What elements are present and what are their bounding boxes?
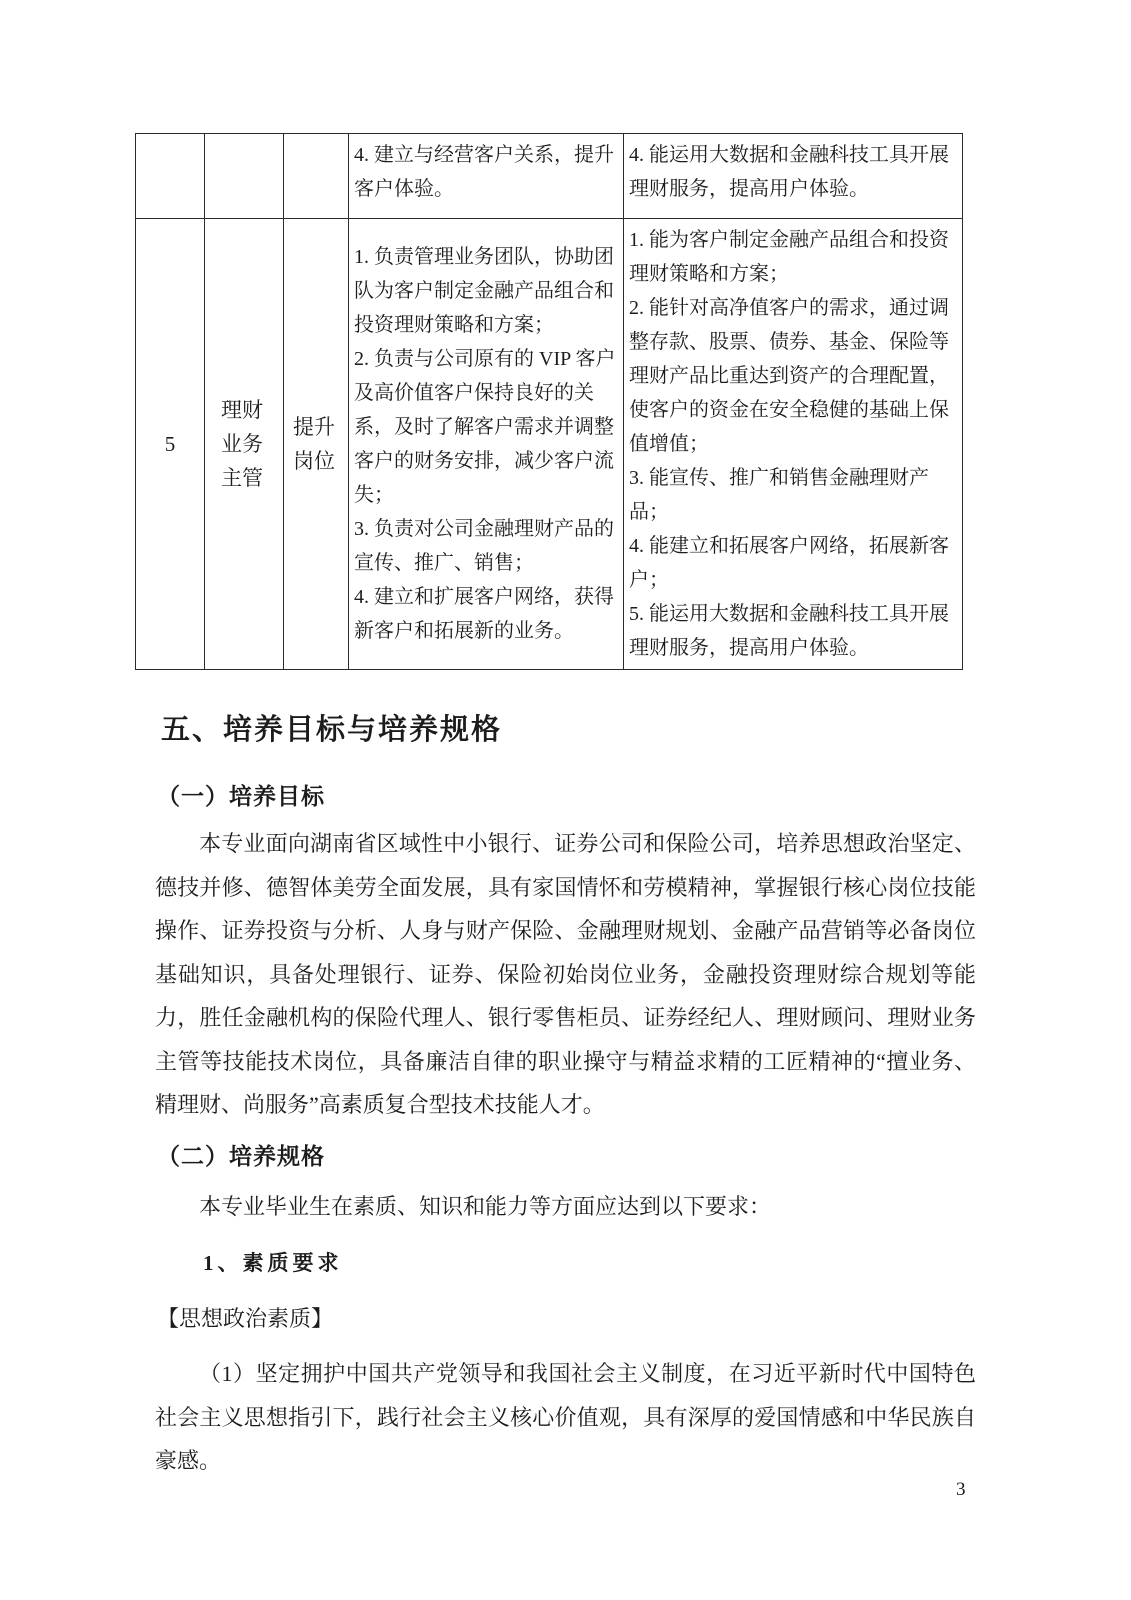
skill-item: 5. 能运用大数据和金融科技工具开展理财服务，提高用户体验。	[629, 597, 957, 665]
position-type-text: 提升岗位	[293, 410, 339, 478]
cell-position-empty	[205, 134, 284, 219]
table-row-continuation: 4. 建立与经营客户关系，提升客户体验。 4. 能运用大数据和金融科技工具开展理…	[136, 134, 963, 219]
cell-type-empty	[284, 134, 349, 219]
ideological-quality-label: 【思想政治素质】	[157, 1306, 976, 1332]
cell-row-index: 5	[136, 219, 205, 670]
job-positions-table-wrap: 4. 建立与经营客户关系，提升客户体验。 4. 能运用大数据和金融科技工具开展理…	[135, 133, 963, 670]
job-positions-table: 4. 建立与经营客户关系，提升客户体验。 4. 能运用大数据和金融科技工具开展理…	[135, 133, 963, 670]
skill-item: 1. 能为客户制定金融产品组合和投资理财策略和方案；	[629, 223, 957, 291]
cell-skills: 1. 能为客户制定金融产品组合和投资理财策略和方案； 2. 能针对高净值客户的需…	[624, 219, 963, 670]
duty-item: 1. 负责管理业务团队，协助团队为客户制定金融产品组合和投资理财策略和方案；	[354, 240, 618, 342]
training-spec-intro-paragraph: 本专业毕业生在素质、知识和能力等方面应达到以下要求：	[155, 1185, 976, 1229]
page-number: 3	[956, 1479, 966, 1501]
cell-skill-continuation: 4. 能运用大数据和金融科技工具开展理财服务，提高用户体验。	[624, 134, 963, 219]
skill-item: 4. 能建立和拓展客户网络，拓展新客户；	[629, 529, 957, 597]
cell-duty-continuation: 4. 建立与经营客户关系，提升客户体验。	[349, 134, 624, 219]
skill-item: 3. 能宣传、推广和销售金融理财产品；	[629, 461, 957, 529]
quality-requirements-heading: 1、素质要求	[203, 1250, 976, 1276]
document-page: 4. 建立与经营客户关系，提升客户体验。 4. 能运用大数据和金融科技工具开展理…	[0, 0, 1131, 1600]
skill-item: 4. 能运用大数据和金融科技工具开展理财服务，提高用户体验。	[629, 138, 957, 206]
section-heading-5: 五、培养目标与培养规格	[161, 713, 976, 747]
duty-item: 4. 建立和扩展客户网络，获得新客户和拓展新的业务。	[354, 580, 618, 648]
training-goal-paragraph: 本专业面向湖南省区域性中小银行、证券公司和保险公司，培养思想政治坚定、德技并修、…	[155, 822, 976, 1127]
cell-position-name: 理财业务主管	[205, 219, 284, 670]
table-row-5: 5 理财业务主管 提升岗位 1. 负责管理业务团队，协助团队为客户制定金融产品组…	[136, 219, 963, 670]
subsection-heading-training-goal: （一）培养目标	[157, 783, 976, 810]
position-name-text: 理财业务主管	[221, 393, 267, 495]
subsection-heading-training-spec: （二）培养规格	[157, 1143, 976, 1170]
cell-position-type: 提升岗位	[284, 219, 349, 670]
skill-item: 2. 能针对高净值客户的需求，通过调整存款、股票、债券、基金、保险等理财产品比重…	[629, 291, 957, 461]
duty-item: 2. 负责与公司原有的 VIP 客户及高价值客户保持良好的关系，及时了解客户需求…	[354, 342, 618, 512]
duty-item: 3. 负责对公司金融理财产品的宣传、推广、销售；	[354, 512, 618, 580]
duty-item: 4. 建立与经营客户关系，提升客户体验。	[354, 138, 618, 206]
cell-duties: 1. 负责管理业务团队，协助团队为客户制定金融产品组合和投资理财策略和方案； 2…	[349, 219, 624, 670]
ideological-quality-paragraph: （1）坚定拥护中国共产党领导和我国社会主义制度，在习近平新时代中国特色社会主义思…	[155, 1352, 976, 1483]
document-body: 五、培养目标与培养规格 （一）培养目标 本专业面向湖南省区域性中小银行、证券公司…	[155, 663, 976, 1483]
cell-index-empty	[136, 134, 205, 219]
